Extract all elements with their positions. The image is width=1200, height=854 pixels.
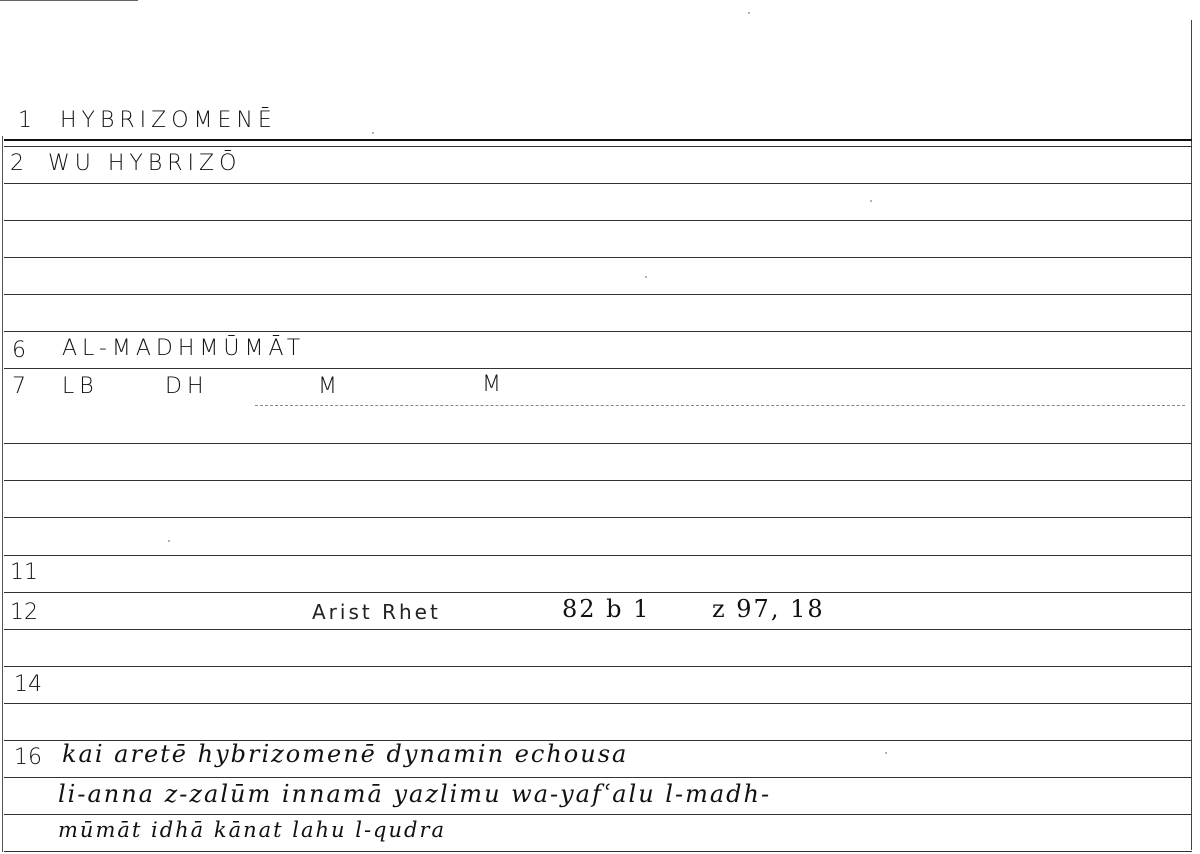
column-code-m1: M xyxy=(318,374,342,399)
top-edge-mark xyxy=(0,0,138,1)
lemma-greek: HYBRIZOMENĒ xyxy=(60,108,277,133)
rule-line xyxy=(4,814,1192,815)
rule-line xyxy=(4,703,1192,704)
line-number: 6 xyxy=(12,338,26,363)
line-number: 11 xyxy=(10,560,38,585)
paper-speck xyxy=(372,132,374,134)
column-code-lb: LB xyxy=(62,374,99,399)
rule-line-dotted xyxy=(255,405,1185,407)
paper-speck xyxy=(748,12,750,14)
rule-line xyxy=(4,851,1192,852)
rule-line xyxy=(4,592,1192,593)
lemma-greek-variant: WU HYBRIZŌ xyxy=(48,151,241,176)
arabic-translation-line-1: li-anna z-zalūm innamā yazlimu wa-yafʿal… xyxy=(58,780,771,808)
rule-line xyxy=(4,480,1192,481)
rule-line xyxy=(4,183,1192,184)
rule-line xyxy=(4,555,1192,556)
line-number: 1 xyxy=(18,108,32,133)
reference-page: z 97, 18 xyxy=(712,595,825,623)
paper-speck xyxy=(645,276,647,278)
line-number: 7 xyxy=(12,374,26,399)
rule-line xyxy=(4,666,1192,667)
rule-line xyxy=(4,257,1192,258)
rule-line xyxy=(4,146,1192,147)
rule-line xyxy=(4,368,1192,369)
rule-line xyxy=(4,139,1192,141)
right-margin-line xyxy=(1191,20,1192,850)
column-code-m2: M xyxy=(482,372,506,397)
reference-work: Arist Rhet xyxy=(312,600,441,624)
lemma-arabic: AL-MADHMŪMĀT xyxy=(62,336,305,361)
rule-line xyxy=(4,443,1192,444)
rule-line xyxy=(4,331,1192,332)
left-margin-line xyxy=(2,136,3,852)
arabic-translation-line-2: mūmāt idhā kānat lahu l-qudra xyxy=(58,818,446,842)
line-number: 14 xyxy=(14,672,42,697)
rule-line xyxy=(4,517,1192,518)
rule-line xyxy=(4,629,1192,630)
paper-speck xyxy=(885,752,887,754)
reference-locus: 82 b 1 xyxy=(562,595,650,623)
index-card: 1 HYBRIZOMENĒ 2 WU HYBRIZŌ 6 AL-MADHMŪMĀ… xyxy=(0,0,1200,854)
rule-line xyxy=(4,220,1192,221)
line-number: 2 xyxy=(10,151,24,176)
line-number: 12 xyxy=(10,600,38,625)
column-code-dh: DH xyxy=(165,374,208,399)
line-number: 16 xyxy=(14,745,42,770)
greek-quotation: kai aretē hybrizomenē dynamin echousa xyxy=(62,740,628,768)
paper-speck xyxy=(870,200,872,202)
rule-line xyxy=(4,777,1192,778)
paper-speck xyxy=(168,540,170,542)
rule-line xyxy=(4,294,1192,295)
